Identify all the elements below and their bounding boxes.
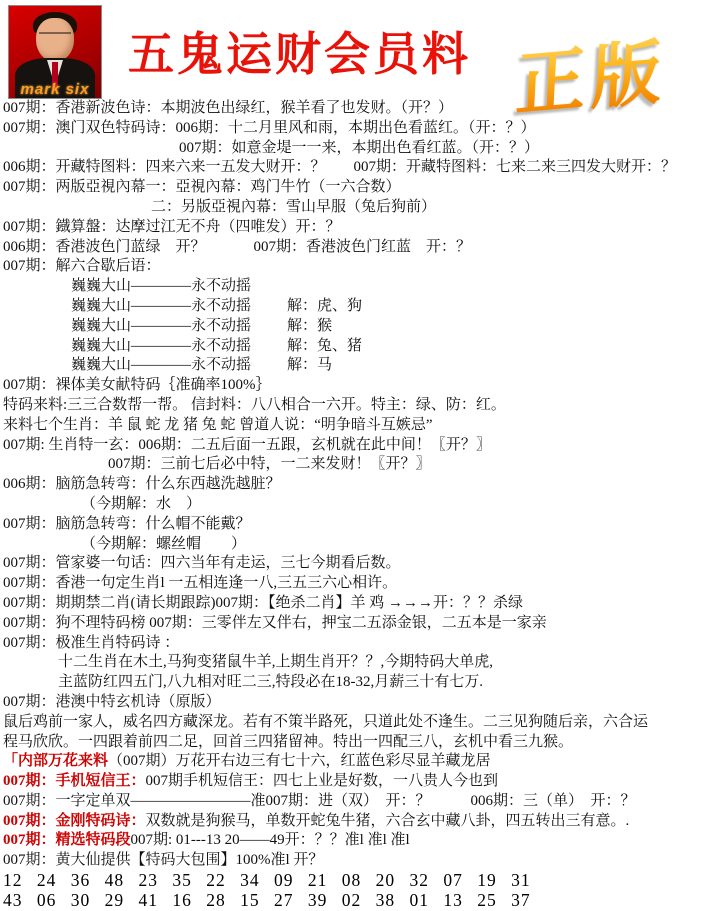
line-segment: 十二生肖在木土,马狗变猪鼠牛羊,上期生肖开？？,今期特码大单虎, <box>58 653 493 673</box>
line-segment: 巍巍大山————永不动摇 <box>71 277 251 297</box>
line-segment: （今期解：螺丝帽 ） <box>81 535 246 555</box>
text-line: 鼠后鸡前一家人，威名四方藏深龙。若有不策半路死，只道此处不逢生。二三见狗随后亲，… <box>3 713 723 733</box>
text-line: 007期：狗不理特码榜 007期：三零伴左又伴右，押宝二五添金银，二五本是一家亲 <box>3 614 723 634</box>
line-segment: 解：兔、猪 <box>287 337 362 357</box>
line-segment: 007期手机短信王：四七上业是好数，一八贵人今也到 <box>146 772 499 792</box>
line-segment: （007期）万花开右边三有七十六，红蓝色彩尽显羊藏龙居 <box>108 752 491 772</box>
line-segment: 12 24 36 48 23 35 22 34 09 21 08 20 32 0… <box>3 871 531 891</box>
line-segment: 二：另版亞視內幕：雪山早服（兔后狗前） <box>151 198 436 218</box>
text-line: 007期：澳门双色特码诗：006期：十二月里风和雨，本期出色看蓝红。（开：？） <box>3 119 723 139</box>
line-segment: 鼠后鸡前一家人，威名四方藏深龙。若有不策半路死，只道此处不逢生。二三见狗随后亲，… <box>3 713 648 733</box>
text-line: 007期：手机短信王：007期手机短信王：四七上业是好数，一八贵人今也到 <box>3 772 723 792</box>
line-segment: 007期：港澳中特玄机诗（原版） <box>3 693 221 713</box>
line-segment: 007期: 生肖特一玄：006期：二五后面一五跟，玄机就在此中间！〖开？〗 <box>3 436 491 456</box>
text-line: 006期：开藏特图料：四来六来一五发大财开：？007期：开藏特图料：七来二来三四… <box>3 158 723 178</box>
line-segment: 007期：黄大仙提供【特码大包围】100%准l 开？ <box>3 851 323 871</box>
text-line: 007期：解六合歇后语： <box>3 257 723 277</box>
text-line: 007期：黄大仙提供【特码大包围】100%准l 开？ <box>3 851 723 871</box>
line-segment: 006期：脑筋急转弯：什么东西越洗越脏？ <box>3 475 281 495</box>
line-segment: 007期：裸体美女献特码｛准确率100%｝ <box>3 376 271 396</box>
line-segment: 巍巍大山————永不动摇 <box>71 356 251 376</box>
text-line: 「内部万花来料（007期）万花开右边三有七十六，红蓝色彩尽显羊藏龙居 <box>3 752 723 772</box>
text-line: 007期：香港一句定生肖l 一五相连逢一八,三五三六心相许。 <box>3 574 723 594</box>
line-segment: 007期：管家婆一句话：四六当年有走运，三七今期看后数。 <box>3 554 401 574</box>
text-line: 巍巍大山————永不动摇解：兔、猪 <box>71 337 723 357</box>
line-segment: 007期：一字定单双————————准007期：进（双） 开：？ <box>3 792 431 812</box>
text-line: 006期：脑筋急转弯：什么东西越洗越脏？ <box>3 475 723 495</box>
line-segment-red: 「内部万花来料 <box>3 752 108 772</box>
line-segment: （今期解：水 ） <box>81 495 201 515</box>
text-line: 007期：精选特码段 007期: 01---13 20——49开：？？准l 准l… <box>3 831 723 851</box>
text-line: 007期：管家婆一句话：四六当年有走运，三七今期看后数。 <box>3 554 723 574</box>
content-lines: 007期：香港新波色诗：本期波色出绿红，猴羊看了也发财。（开？）007期：澳门双… <box>3 99 723 911</box>
line-segment: 解：虎、狗 <box>287 297 362 317</box>
text-line: 来料七个生肖：羊 鼠 蛇 龙 猪 兔 蛇 曾道人说：“明争暗斗互嫉忌” <box>3 416 723 436</box>
page-title: 五鬼运财会员料 <box>128 18 471 84</box>
line-segment-red: 007期：手机短信王： <box>3 772 146 792</box>
text-line: 12 24 36 48 23 35 22 34 09 21 08 20 32 0… <box>3 871 723 891</box>
line-segment: 007期：香港波色门红蓝 开：？ <box>254 238 472 258</box>
line-segment: 007期：如意金堤一一来，本期出色看红蓝。（开：？） <box>179 139 539 159</box>
line-segment: 007期: 01---13 20——49开：？？准l 准l 准l <box>131 831 410 851</box>
text-line: 007期：港澳中特玄机诗（原版） <box>3 693 723 713</box>
line-segment: 006期：香港波色门蓝绿 开？ <box>3 238 206 258</box>
text-line: 007期：两版亞視內幕一：亞視內幕：鸡门牛竹（一六合数） <box>3 178 723 198</box>
text-line: （今期解：螺丝帽 ） <box>81 535 723 555</box>
text-line: 43 06 30 29 41 16 28 15 27 39 02 38 01 1… <box>3 891 723 911</box>
text-line: 007期：一字定单双————————准007期：进（双） 开：？006期：三（单… <box>3 792 723 812</box>
line-segment: 巍巍大山————永不动摇 <box>71 337 251 357</box>
line-segment: 来料七个生肖：羊 鼠 蛇 龙 猪 兔 蛇 曾道人说：“明争暗斗互嫉忌” <box>3 416 433 436</box>
line-segment: 007期：两版亞視內幕一：亞視內幕：鸡门牛竹（一六合数） <box>3 178 401 198</box>
text-line: 007期：香港新波色诗：本期波色出绿红，猴羊看了也发财。（开？） <box>3 99 723 119</box>
line-segment: 巍巍大山————永不动摇 <box>71 297 251 317</box>
line-segment: 006期：开藏特图料：四来六来一五发大财开：？ <box>3 158 326 178</box>
line-segment: 巍巍大山————永不动摇 <box>71 317 251 337</box>
text-line: 007期：脑筋急转弯：什么帽不能戴？ <box>3 515 723 535</box>
portrait-glasses-shape <box>39 32 71 42</box>
text-line: 巍巍大山————永不动摇解：虎、狗 <box>71 297 723 317</box>
text-line: 程马欣欣。一四跟着前四二足，回首三四猪留神。特出一四配三八，玄机中看三九猴。 <box>3 733 723 753</box>
line-segment: 解：猴 <box>287 317 332 337</box>
text-line: 007期：三前七后必中特，一二来发财！〖开？〗 <box>108 455 723 475</box>
line-segment-red: 007期：金刚特码诗： <box>3 812 146 832</box>
text-line: 主蓝防红四五门,八九相对旺二三,特段必在18-32,月薪三十有七万. <box>58 673 723 693</box>
text-line: 007期：期期禁二肖(请长期跟踪)007期：【绝杀二肖】羊 鸡 →→→开：？？杀… <box>3 594 723 614</box>
line-segment: 007期：澳门双色特码诗：006期：十二月里风和雨，本期出色看蓝红。（开：？） <box>3 119 536 139</box>
line-segment: 007期：狗不理特码榜 007期：三零伴左又伴右，押宝二五添金银，二五本是一家亲 <box>3 614 547 634</box>
portrait-photo: mark six <box>8 5 102 99</box>
text-line: 006期：香港波色门蓝绿 开？007期：香港波色门红蓝 开：？ <box>3 238 723 258</box>
text-line: 007期：裸体美女献特码｛准确率100%｝ <box>3 376 723 396</box>
line-segment: 双数就是狗猴马，单数开蛇兔牛猪，六合玄中藏八卦，四五转出三有意。. <box>146 812 630 832</box>
line-segment: 特码来料:三三合数帮一帮。 信封料：八八相合一六开。特主：绿、防：红。 <box>3 396 506 416</box>
text-line: 巍巍大山————永不动摇解：猴 <box>71 317 723 337</box>
line-segment: 007期：期期禁二肖(请长期跟踪)007期：【绝杀二肖】羊 鸡 →→→开：？？杀… <box>3 594 523 614</box>
text-line: 巍巍大山————永不动摇解：马 <box>71 356 723 376</box>
line-segment: 主蓝防红四五门,八九相对旺二三,特段必在18-32,月薪三十有七万. <box>58 673 483 693</box>
text-line: 二：另版亞視內幕：雪山早服（兔后狗前） <box>151 198 723 218</box>
text-line: 007期：鐡算盤：达摩过江无不舟（四唯发）开：？ <box>3 218 723 238</box>
text-line: 巍巍大山————永不动摇 <box>71 277 723 297</box>
line-segment: 007期：鐡算盤：达摩过江无不舟（四唯发）开：？ <box>3 218 341 238</box>
line-segment: 007期：解六合歇后语： <box>3 257 161 277</box>
line-segment: 007期：三前七后必中特，一二来发财！〖开？〗 <box>108 455 431 475</box>
line-segment: 007期：开藏特图料：七来二来三四发大财开：？ <box>354 158 677 178</box>
line-segment: 007期：极准生肖特码诗 ： <box>3 634 179 654</box>
text-line: （今期解：水 ） <box>81 495 723 515</box>
text-line: 007期：如意金堤一一来，本期出色看红蓝。（开：？） <box>179 139 723 159</box>
text-line: 007期：极准生肖特码诗 ： <box>3 634 723 654</box>
line-segment: 007期：香港一句定生肖l 一五相连逢一八,三五三六心相许。 <box>3 574 397 594</box>
line-segment: 007期：香港新波色诗：本期波色出绿红，猴羊看了也发财。（开？） <box>3 99 453 119</box>
line-segment: 程马欣欣。一四跟着前四二足，回首三四猪留神。特出一四配三八，玄机中看三九猴。 <box>3 733 573 753</box>
line-segment-red: 007期：精选特码段 <box>3 831 131 851</box>
text-line: 特码来料:三三合数帮一帮。 信封料：八八相合一六开。特主：绿、防：红。 <box>3 396 723 416</box>
line-segment: 007期：脑筋急转弯：什么帽不能戴？ <box>3 515 251 535</box>
line-segment: 006期：三（单） 开：？ <box>471 792 636 812</box>
text-line: 007期：金刚特码诗：双数就是狗猴马，单数开蛇兔牛猪，六合玄中藏八卦，四五转出三… <box>3 812 723 832</box>
photo-caption: mark six <box>9 81 101 98</box>
text-line: 007期: 生肖特一玄：006期：二五后面一五跟，玄机就在此中间！〖开？〗 <box>3 436 723 456</box>
text-line: 十二生肖在木土,马狗变猪鼠牛羊,上期生肖开？？,今期特码大单虎, <box>58 653 723 673</box>
line-segment: 解：马 <box>287 356 332 376</box>
line-segment: 43 06 30 29 41 16 28 15 27 39 02 38 01 1… <box>3 891 531 911</box>
